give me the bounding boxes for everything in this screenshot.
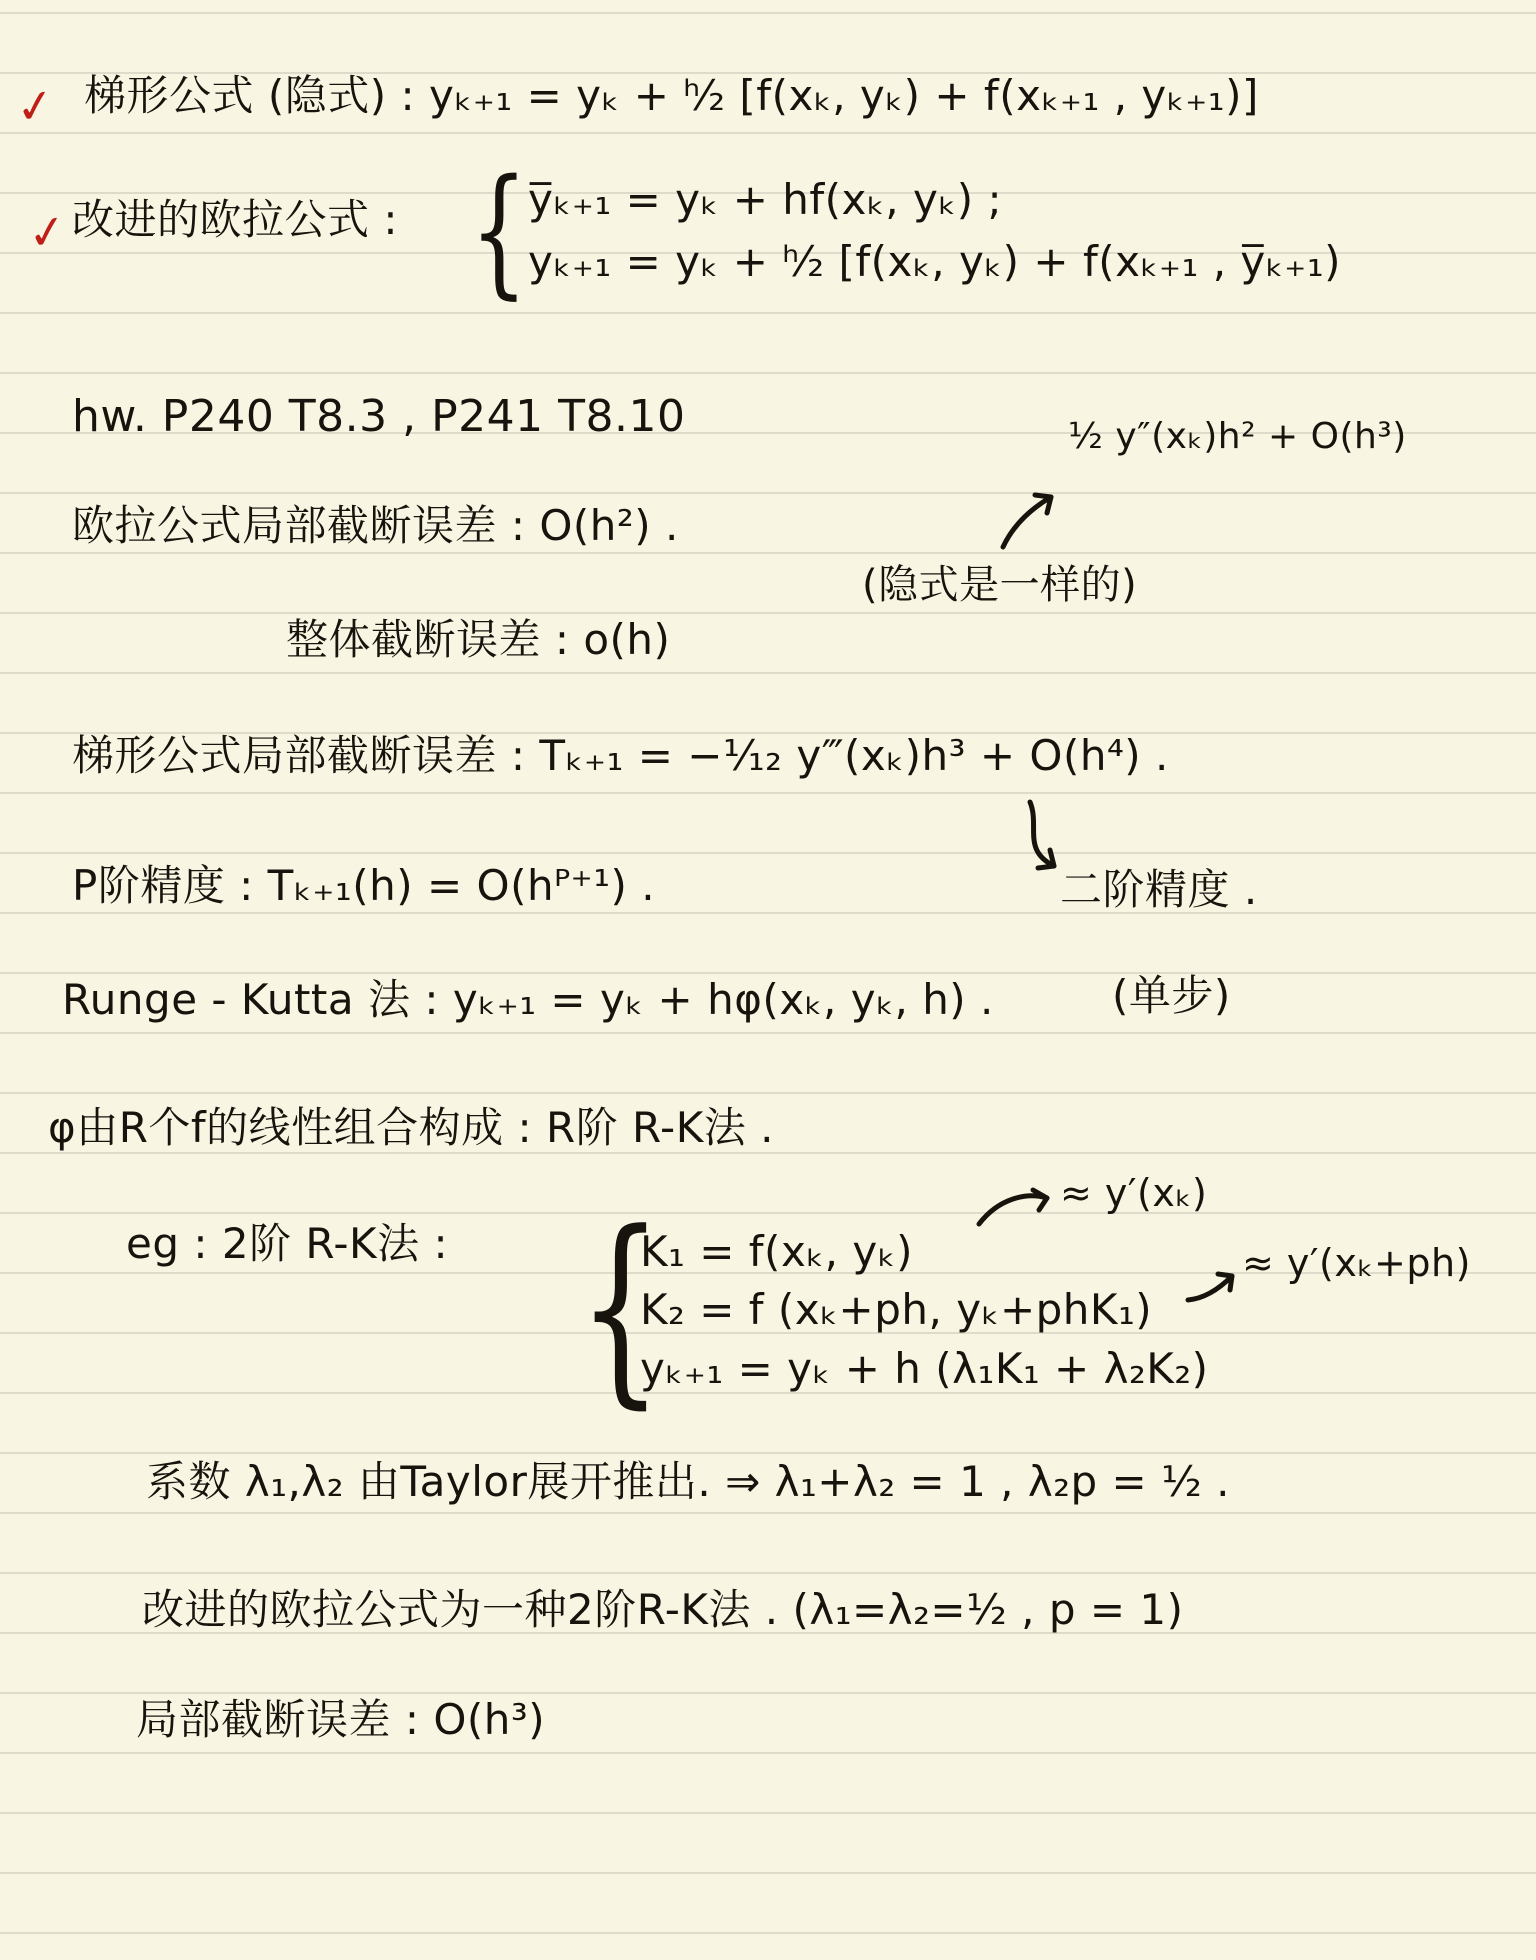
trapezoid-local-error-line: 梯形公式局部截断误差 : Tₖ₊₁ = −¹⁄₁₂ y‴(xₖ)h³ + O(h… (72, 732, 1169, 780)
improved-euler-corrector: yₖ₊₁ = yₖ + ʰ⁄₂ [f(xₖ, yₖ) + f(xₖ₊₁ , y̅… (528, 238, 1341, 286)
euler-as-rk2-line: 改进的欧拉公式为一种2阶R-K法 . (λ₁=λ₂=½ , p = 1) (142, 1586, 1184, 1634)
rk2-local-error-line: 局部截断误差 : O(h³) (136, 1696, 545, 1744)
euler-remainder-term: ½ y″(xₖ)h² + O(h³) (1068, 416, 1407, 457)
implicit-same-note: (隐式是一样的) (862, 562, 1137, 608)
phi-composition-line: φ由R个f的线性组合构成 : R阶 R-K法 . (48, 1104, 774, 1152)
check-mark-trapezoid: ✓ (13, 78, 59, 136)
improved-euler-brace: { (470, 162, 528, 302)
single-step-note: (单步) (1112, 972, 1231, 1020)
k1-approx-annotation: ≈ y′(xₖ) (1060, 1172, 1207, 1216)
global-error-line: 整体截断误差 : o(h) (286, 616, 670, 664)
rk2-ynext-equation: yₖ₊₁ = yₖ + h (λ₁K₁ + λ₂K₂) (640, 1345, 1209, 1393)
k2-approx-annotation: ≈ y′(xₖ+ph) (1242, 1242, 1471, 1286)
p-order-accuracy-line: P阶精度 : Tₖ₊₁(h) = O(hᴾ⁺¹) . (72, 862, 655, 910)
arrow-up-right-icon (995, 485, 1070, 555)
improved-euler-label: 改进的欧拉公式 : (72, 196, 398, 244)
rk2-k1-equation: K₁ = f(xₖ, yₖ) (640, 1228, 913, 1276)
rk2-example-label: eg : 2阶 R-K法 : (126, 1220, 448, 1268)
homework-line: hw. P240 T8.3 , P241 T8.10 (72, 392, 685, 443)
rk2-k2-equation: K₂ = f (xₖ+ph, yₖ+phK₁) (640, 1286, 1152, 1334)
euler-local-error-line: 欧拉公式局部截断误差 : O(h²) . (72, 502, 679, 550)
check-mark-improved-euler: ✓ (25, 204, 71, 262)
arrow-up-right-small-icon (1184, 1266, 1242, 1304)
improved-euler-predictor: y̅ₖ₊₁ = yₖ + hf(xₖ, yₖ) ; (528, 176, 1002, 224)
taylor-coefficients-line: 系数 λ₁,λ₂ 由Taylor展开推出. ⇒ λ₁+λ₂ = 1 , λ₂p … (146, 1458, 1230, 1506)
runge-kutta-line: Runge - Kutta 法 : yₖ₊₁ = yₖ + hφ(xₖ, yₖ,… (62, 976, 994, 1024)
trapezoid-formula-line: 梯形公式 (隐式) : yₖ₊₁ = yₖ + ʰ⁄₂ [f(xₖ, yₖ) +… (84, 72, 1259, 120)
notebook-page: ✓ 梯形公式 (隐式) : yₖ₊₁ = yₖ + ʰ⁄₂ [f(xₖ, yₖ)… (0, 0, 1536, 1960)
second-order-note: 二阶精度 . (1060, 866, 1258, 914)
arrow-curve-right-icon (975, 1186, 1055, 1228)
